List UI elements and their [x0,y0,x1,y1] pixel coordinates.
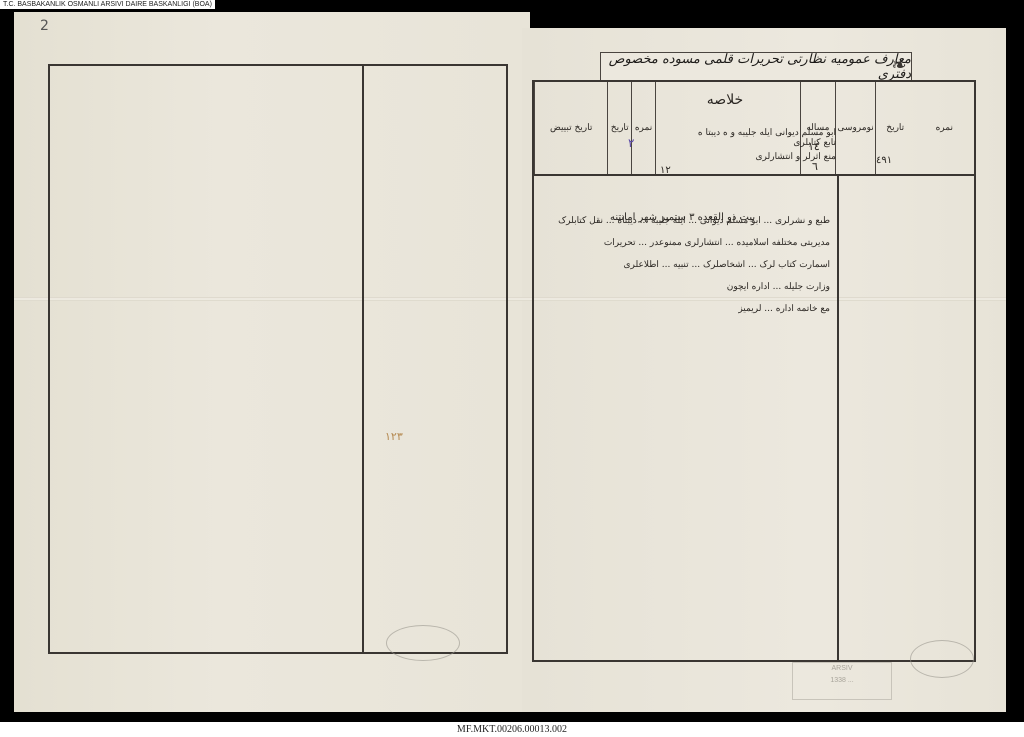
register-table: نمره تاریخ نومروسی مساله نمره تاریخ تاری… [532,80,976,662]
violet-annotation: ٢ [628,136,634,150]
header-col: تاریخ تبییض [534,82,607,174]
margin-divider [837,174,839,660]
archive-seal-stamp [386,625,460,661]
archive-seal-stamp [910,640,974,678]
header-col: نومروسی [835,82,875,174]
document-title: معارف عمومیه نظارتی تحریرات قلمی مسوده م… [600,52,912,82]
body-line: اسمارت کتاب لرک ... اشخاصلرک ... تنبیه .… [540,254,830,276]
reference-code: MF.MKT.00206.00013.002 [0,722,1024,737]
column-divider [362,66,364,652]
entry-number-top: ١٤ [808,140,820,153]
header-col: نمره [915,82,974,174]
body-line: طبع و نشرلری ... ابو مسلم دیوانی ... ایل… [540,210,830,232]
body-line: مع خاتمه اداره ... لریمیز [540,298,830,320]
page-number: 2 [40,18,49,34]
header-col: نمره [631,82,655,174]
header-col: تاریخ [607,82,631,174]
entry-number-bottom: ٦ [812,160,818,173]
archive-header-label: T.C. BASBAKANLIK OSMANLI ARSIVI DAIRE BA… [0,0,215,9]
body-text: طبع و نشرلری ... ابو مسلم دیوانی ... ایل… [540,210,830,320]
ornament-right-icon: ❧ [884,56,914,76]
body-line: مدیریتی مختلفه اسلامیده ... انتشارلری مم… [540,232,830,254]
left-page-frame [48,64,508,654]
faded-ink-mark: ١٢٣ [385,430,403,443]
archive-stamp-box: ARSIV 1338 ... [792,662,892,700]
header-rule [534,174,974,176]
body-line: وزارت جلیله ... اداره ایچون [540,276,830,298]
register-number: ٤٩١ [876,155,892,166]
summary-heading: خلاصه [680,92,770,108]
date-note: ١٢ [660,165,671,176]
